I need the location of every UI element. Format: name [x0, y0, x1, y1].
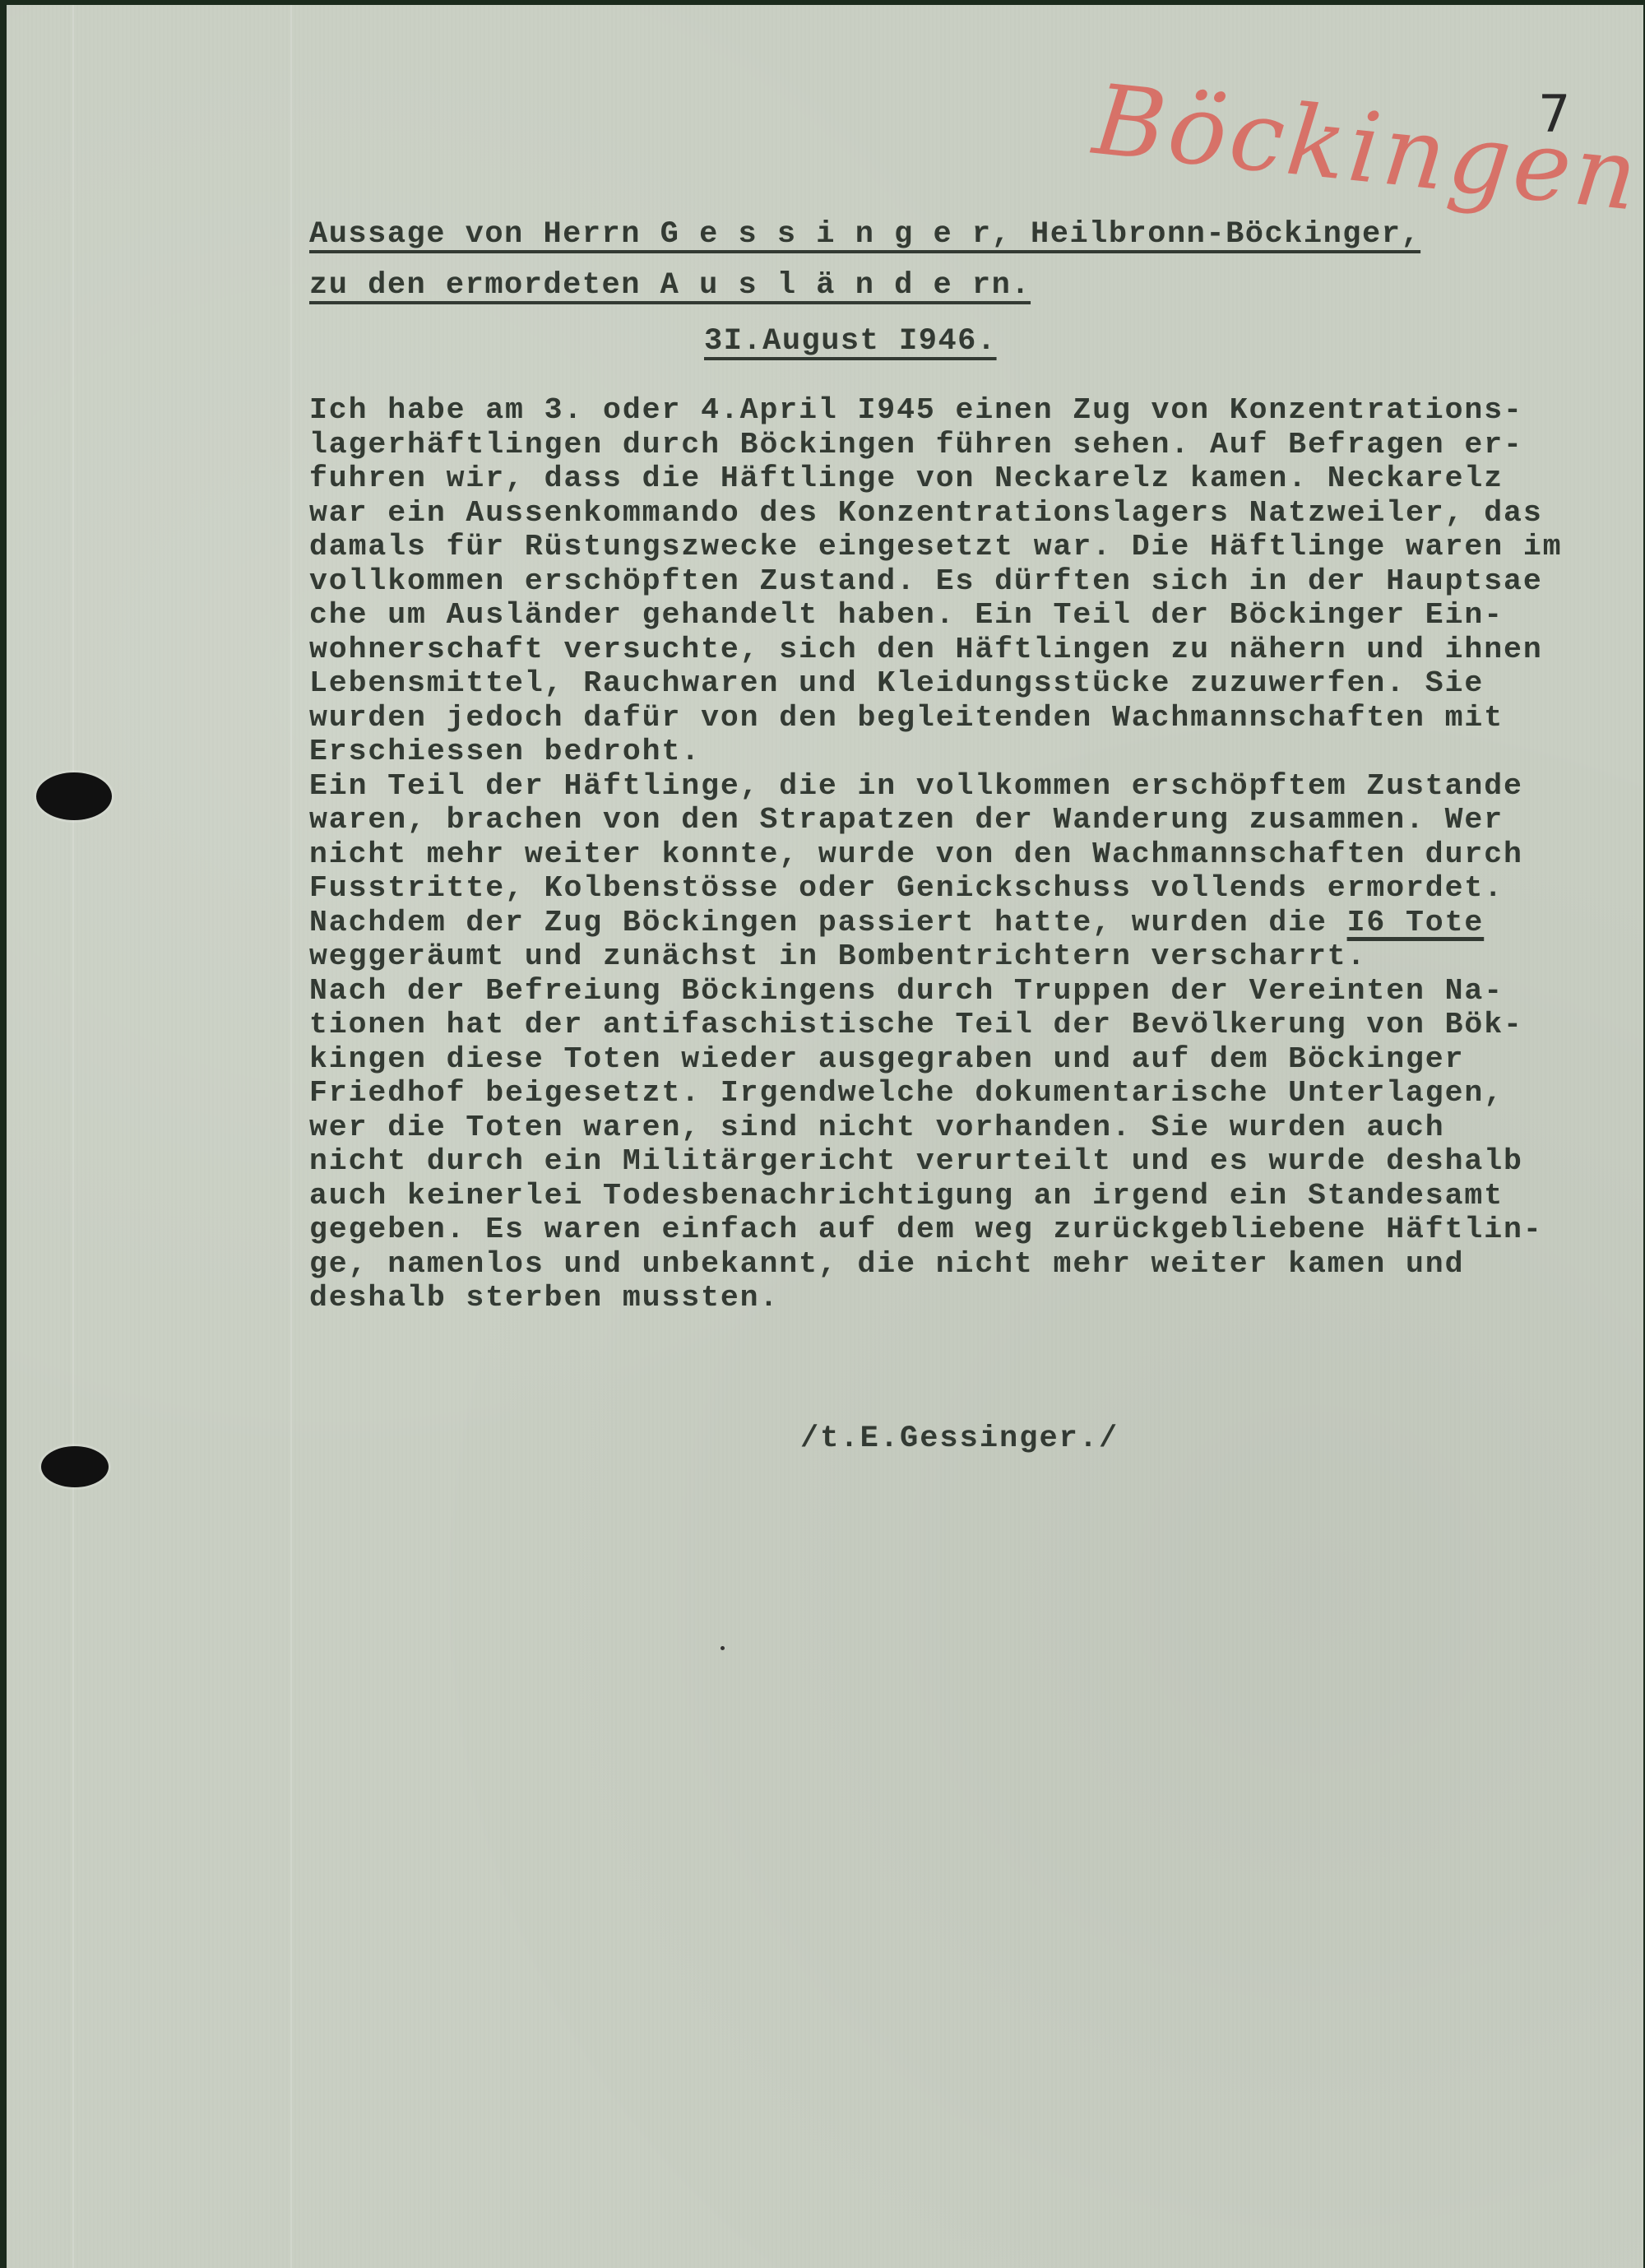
- body-line: auch keinerlei Todesbenachrichtigung an …: [309, 1179, 1625, 1213]
- body-line-prefix: Nachdem der Zug Böckingen passiert hatte…: [309, 906, 1347, 939]
- document-page: Böckingen 7 Aussage von Herrn G e s s i …: [7, 5, 1643, 2268]
- heading-date: 3I.August I946.: [704, 324, 997, 359]
- body-line: Nachdem der Zug Böckingen passiert hatte…: [309, 906, 1625, 940]
- body-line: Nach der Befreiung Böckingens durch Trup…: [309, 974, 1625, 1009]
- body-line: deshalb sterben mussten.: [309, 1281, 1625, 1315]
- heading-line-1: Aussage von Herrn G e s s i n g e r, Hei…: [309, 217, 1420, 252]
- statement-body: Ich habe am 3. oder 4.April I945 einen Z…: [309, 393, 1625, 1315]
- body-line: damals für Rüstungszwecke eingesetzt war…: [309, 530, 1625, 564]
- body-line: war ein Aussenkommando des Konzentration…: [309, 496, 1625, 531]
- paper-fold-line: [290, 5, 292, 2268]
- body-line: ge, namenlos und unbekannt, die nicht me…: [309, 1247, 1625, 1282]
- page-number: 7: [1538, 84, 1570, 144]
- body-line: lagerhäftlingen durch Böckingen führen s…: [309, 428, 1625, 462]
- body-line: nicht mehr weiter konnte, wurde von den …: [309, 837, 1625, 872]
- body-line: Lebensmittel, Rauchwaren und Kleidungsst…: [309, 666, 1625, 701]
- body-line: Friedhof beigesetzt. Irgendwelche dokume…: [309, 1076, 1625, 1111]
- body-line: waren, brachen von den Strapatzen der Wa…: [309, 803, 1625, 837]
- body-line: wurden jedoch dafür von den begleitenden…: [309, 701, 1625, 735]
- ink-speck: [721, 1646, 725, 1650]
- body-line: tionen hat der antifaschistische Teil de…: [309, 1008, 1625, 1042]
- body-line: vollkommen erschöpften Zustand. Es dürft…: [309, 564, 1625, 599]
- underlined-death-count: I6 Tote: [1347, 906, 1485, 939]
- body-line: Fusstritte, Kolbenstösse oder Genickschu…: [309, 871, 1625, 906]
- body-line: gegeben. Es waren einfach auf dem weg zu…: [309, 1213, 1625, 1247]
- body-line: Ein Teil der Häftlinge, die in vollkomme…: [309, 769, 1625, 804]
- punch-hole-icon: [36, 772, 112, 820]
- body-line: weggeräumt und zunächst in Bombentrichte…: [309, 939, 1625, 974]
- punch-hole-icon: [41, 1446, 109, 1487]
- body-line: nicht durch ein Militärgericht verurteil…: [309, 1144, 1625, 1179]
- body-line: kingen diese Toten wieder ausgegraben un…: [309, 1042, 1625, 1077]
- body-line: che um Ausländer gehandelt haben. Ein Te…: [309, 598, 1625, 633]
- body-line: Erschiessen bedroht.: [309, 735, 1625, 769]
- paper-fold-line: [72, 5, 74, 2268]
- body-line: fuhren wir, dass die Häftlinge von Necka…: [309, 461, 1625, 496]
- body-line: wer die Toten waren, sind nicht vorhande…: [309, 1111, 1625, 1145]
- body-line: Ich habe am 3. oder 4.April I945 einen Z…: [309, 393, 1625, 428]
- body-line: wohnerschaft versuchte, sich den Häftlin…: [309, 633, 1625, 667]
- heading-line-2: zu den ermordeten A u s l ä n d e rn.: [309, 268, 1031, 303]
- typed-signature: /t.E.Gessinger./: [800, 1422, 1119, 1456]
